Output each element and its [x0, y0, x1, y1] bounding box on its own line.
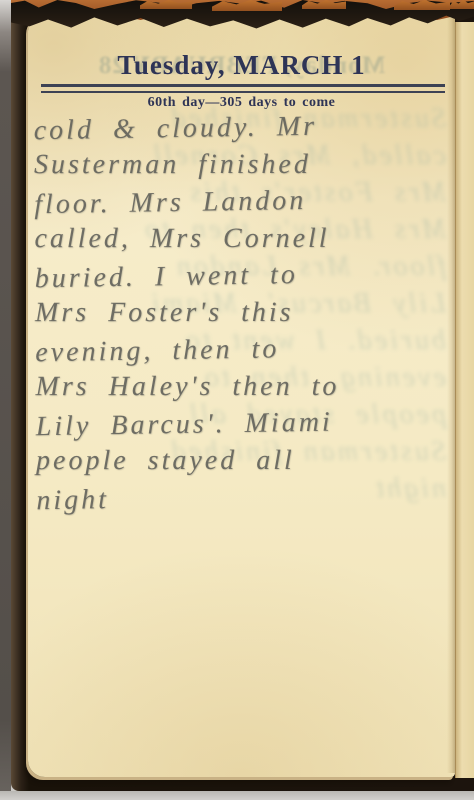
entry-line: night: [36, 476, 451, 519]
entry-line: Susterman finished: [34, 146, 448, 183]
entry-line: people stayed all: [36, 442, 450, 479]
scanner-backdrop-left: [0, 0, 11, 800]
entry-line: cold & cloudy. Mr: [33, 106, 448, 149]
handwritten-entry: cold & cloudy. Mr Susterman finished flo…: [34, 108, 451, 518]
entry-line: buried. I went to: [34, 254, 449, 297]
scanner-backdrop-bottom: [0, 791, 474, 800]
entry-line: evening, then to: [35, 328, 450, 371]
entry-line: Mrs Foster's this: [35, 294, 449, 331]
entry-line: called, Mrs Cornell: [34, 220, 448, 257]
entry-line: Lily Barcus'. Miami: [36, 402, 451, 445]
diary-page: Monday, FEBRUARY 28 Tuesday, MARCH 1 60t…: [28, 14, 455, 777]
diary-scan: Monday, FEBRUARY 28 Tuesday, MARCH 1 60t…: [0, 0, 474, 800]
adjacent-page-edge: [455, 22, 474, 778]
entry-line: floor. Mrs Landon: [34, 180, 449, 223]
date-heading: Tuesday, MARCH 1: [28, 50, 455, 81]
double-rule-divider: [41, 84, 445, 93]
entry-line: Mrs Haley's then to: [36, 368, 450, 405]
